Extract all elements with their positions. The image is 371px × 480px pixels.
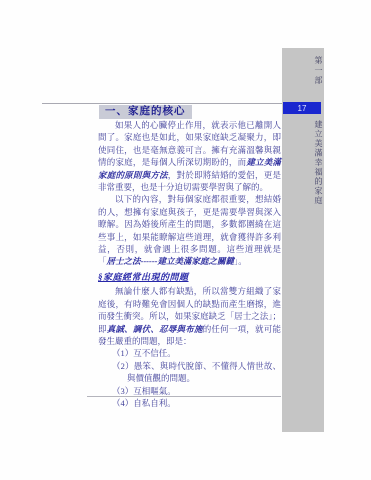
page-content: 如果人的心臟停止作用，就表示他已離開人間了。家庭也是如此，如果家庭缺乏凝聚力，即…	[98, 119, 281, 409]
list-item: （2）愚笨、與時代脫節、不懂得人情世故、與價值觀的問題。	[112, 360, 281, 385]
part-label: 第一部	[282, 56, 324, 86]
page-number-badge: 17	[283, 102, 321, 114]
list-item: （1）互不信任。	[112, 347, 281, 359]
list-item: （3）互相嘔氣。	[112, 385, 281, 397]
chapter-title: 建立美滿幸福的家庭	[282, 120, 324, 206]
paragraph: 以下的內容，對每個家庭都很重要，想結婚的人，想擁有家庭與孩子，更是需要學習與深入…	[98, 193, 281, 267]
page-number: 17	[298, 104, 307, 113]
top-rule	[42, 103, 284, 104]
subsection-heading: §家庭經常出現的問題	[98, 271, 281, 283]
section-heading: 一、家庭的核心	[99, 105, 192, 119]
paragraph: 如果人的心臟停止作用，就表示他已離開人間了。家庭也是如此，如果家庭缺乏凝聚力，即…	[98, 119, 281, 193]
paragraph: 無論什麼人都有缺點，所以當雙方組織了家庭後，有時難免會因個人的缺點而產生磨擦，進…	[98, 285, 281, 347]
book-page: 第一部 17 建立美滿幸福的家庭 一、家庭的核心 如果人的心臟停止作用，就表示他…	[0, 0, 371, 480]
list-item: （4）自私自利。	[112, 397, 281, 409]
